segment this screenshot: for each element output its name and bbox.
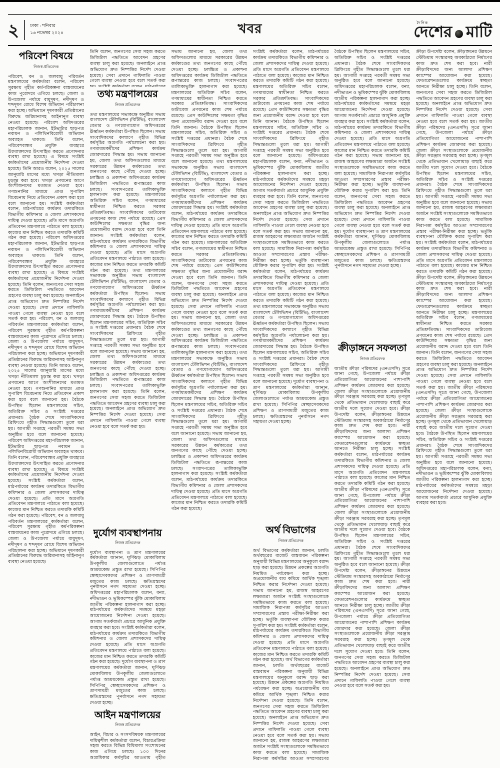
column-3: সভায় জানানো হয়, জেলা তথ্য অফিসগুলোর মা… xyxy=(171,49,247,760)
date-city-line: ঢাকা : শনিবার xyxy=(30,23,63,30)
article-headline-information-ministry: তথ্য মন্ত্রণালয়ের xyxy=(90,90,166,101)
column-4: সংশ্লিষ্ট কর্মকর্তারা বলেন, মাঠপর্যায়ের… xyxy=(253,49,329,760)
article-byline: নিজস্ব প্রতিবেদক xyxy=(334,356,410,363)
date-line: ১৬ নভেম্বর ২০২৪ xyxy=(30,30,63,37)
masthead-small-label: দৈনিক xyxy=(417,20,428,27)
article-body-continuation: সভায় জানানো হয়, জেলা তথ্য অফিসগুলোর মা… xyxy=(171,49,247,760)
article-byline: নিজস্ব প্রতিবেদক xyxy=(90,102,166,109)
article-byline: নিজস্ব প্রতিবেদক xyxy=(253,538,329,545)
header-left-group: ২ ঢাকা : শনিবার ১৬ নভেম্বর ২০২৪ xyxy=(8,20,64,40)
article-body: দুর্যোগ ব্যবস্থাপনা ও ত্রাণ মন্ত্রণালয়ে… xyxy=(90,550,166,708)
article-headline-law-ministry: আইন মন্ত্রণালয়ের xyxy=(90,711,166,722)
article-body-continuation: ক্রীড়া উপদেষ্টা বলেন, ক্রীড়াঙ্গনের উন্… xyxy=(416,49,492,760)
article-body: পরিবেশ, বন ও জলবায়ু পরিবর্তন মন্ত্রণালয… xyxy=(8,74,84,761)
masthead-word-2: মাটি xyxy=(466,25,492,41)
article-headline-environment: পরিবেশ বিষয়ে xyxy=(8,52,84,63)
article-body: জাতীয় ক্রীড়া পরিষদের (এনএসসি) সূত্রে জ… xyxy=(334,366,410,761)
article-byline: নিজস্ব প্রতিবেদক xyxy=(90,540,166,547)
column-1: পরিবেশ বিষয়ে নিজস্ব প্রতিবেদক পরিবেশ, ব… xyxy=(8,49,84,760)
newspaper-page: ২ ঢাকা : শনিবার ১৬ নভেম্বর ২০২৪ খবর দৈনি… xyxy=(0,0,500,768)
page-number: ২ xyxy=(8,22,19,39)
article-headline-disaster-management: দুর্যোগ ব্যবস্থাপনায় xyxy=(90,529,166,540)
article-body-continuation: তিনি বলেন, জনগণের সেবা সহজ করতে ডিজিটাল … xyxy=(90,49,166,87)
column-5: বৈঠকে উপস্থিত ছিলেন মন্ত্রণালয়ের সচিব, … xyxy=(334,49,410,760)
top-edge-rule xyxy=(0,0,500,2)
article-headline-finance-division: অর্থ বিভাগের xyxy=(253,526,329,537)
masthead-logo: দৈনিক দেশের মাটি xyxy=(414,20,492,41)
masthead-title: দেশের মাটি xyxy=(414,25,492,41)
article-body-continuation: বৈঠকে উপস্থিত ছিলেন মন্ত্রণালয়ের সচিব, … xyxy=(334,49,410,341)
masthead-dot-icon xyxy=(455,30,463,38)
article-byline: নিজস্ব প্রতিবেদক xyxy=(90,722,166,729)
column-6: ক্রীড়া উপদেষ্টা বলেন, ক্রীড়াঙ্গনের উন্… xyxy=(416,49,492,760)
content-area: পরিবেশ বিষয়ে নিজস্ব প্রতিবেদক পরিবেশ, ব… xyxy=(8,46,492,760)
article-body: অর্থ বিভাগের কর্মকর্তারা জানান, চলতি অর্… xyxy=(253,548,329,761)
column-2: তিনি বলেন, জনগণের সেবা সহজ করতে ডিজিটাল … xyxy=(90,49,166,760)
article-body-continuation: সংশ্লিষ্ট কর্মকর্তারা বলেন, মাঠপর্যায়ের… xyxy=(253,49,329,523)
header-divider xyxy=(24,20,25,40)
masthead-word-1: দেশের xyxy=(414,25,452,41)
page-header: ২ ঢাকা : শনিবার ১৬ নভেম্বর ২০২৪ খবর দৈনি… xyxy=(8,15,492,45)
section-title: খবর xyxy=(238,20,262,41)
article-body: আইন, বিচার ও সংসদবিষয়ক মন্ত্রণালয়ের দা… xyxy=(90,732,166,761)
article-headline-sports-success: ক্রীড়াঙ্গনে সফলতা xyxy=(334,344,410,355)
article-byline: নিজস্ব প্রতিবেদক xyxy=(8,64,84,71)
article-body: তথ্য মন্ত্রণালয়ের সভাকক্ষে অনুষ্ঠিত সভা… xyxy=(90,112,166,526)
date-block: ঢাকা : শনিবার ১৬ নভেম্বর ২০২৪ xyxy=(30,23,63,36)
